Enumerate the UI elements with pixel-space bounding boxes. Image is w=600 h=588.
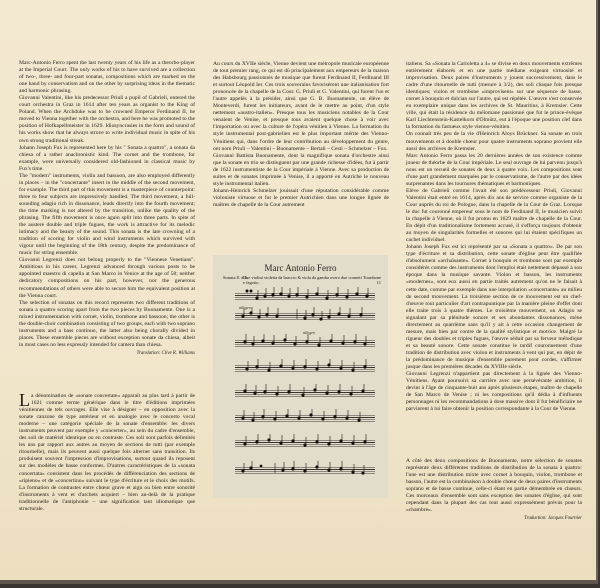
french-closing-column: A côté des deux compositions de Buonamen… (406, 458, 582, 522)
paragraph-modern-instruments-en: The "modern" instruments, violin and bas… (19, 173, 195, 258)
paragraph-selection-fr: A côté des deux compositions de Buonamen… (406, 458, 582, 514)
score-composer-title: Marc Antonio Ferro (213, 263, 388, 273)
paragraph-intro-fr: La dénomination de «sonate concertate» a… (19, 393, 195, 513)
paragraph-fux-fr: Johann Joseph Fux est ici représenté par… (406, 244, 582, 371)
paragraph-ferro-fr: Marc Antonio Ferro passa les 20 dernière… (406, 153, 582, 188)
paragraph-schmelzer-fr: Johann-Heinrich Schmelzer jouissait d'un… (213, 188, 389, 209)
notes-icon (235, 384, 375, 404)
intro-text-fr: a dénomination de «sonate concertate» ap… (19, 393, 195, 512)
music-staff (235, 313, 375, 322)
score-heading: Sonata 8. à 4. Due violini violetta da b… (243, 275, 383, 285)
liner-notes-page: Marc-Antonio Ferro spent the last twenty… (0, 0, 598, 584)
french-middle-column: Au cours du XVIIe siècle, Vienne devient… (213, 61, 389, 209)
paragraph-valentini-en: Giovanni Valentini, like his predecessor… (19, 95, 195, 144)
music-staff (235, 467, 375, 476)
paragraph-selection-en: The selection of sonatas on this record … (19, 300, 195, 349)
notes-icon (235, 359, 375, 379)
score-page-number: 11 (377, 280, 381, 285)
notes-icon (235, 409, 375, 429)
notes-icon (235, 334, 375, 354)
translation-credit-en: Translation: Clive R. Williams (19, 350, 195, 357)
paragraph-ferro-en: Marc-Antonio Ferro spent the last twenty… (19, 60, 195, 95)
notes-icon (235, 434, 375, 454)
paragraph-legrenzi-fr: Giovanni Legrenzi n'appartient pas direc… (406, 371, 582, 413)
notes-icon (235, 287, 375, 307)
music-staff (235, 390, 375, 399)
translation-credit-fr: Traduction: Jacques Fournier (406, 515, 582, 522)
paragraph-bruckner-fr: On connaît très peu de la vie d'Heinrich… (406, 131, 582, 152)
sheet-music-excerpt: Marc Antonio Ferro Sonata 8. à 4. Due vi… (213, 255, 388, 498)
notes-icon (235, 461, 375, 481)
music-staff (235, 293, 375, 302)
paragraph-vienna-fr: Au cours du XVIIe siècle, Vienne devient… (213, 61, 389, 153)
paragraph-valentini-fr: Elève de Gabrieli comme l'avait été son … (406, 188, 582, 244)
instrumentation-text: Due violini violetta da braccio & viola … (243, 275, 381, 285)
paragraph-carioletta-fr: italiens. Sa «Sonata la Carioletta a 4» … (406, 61, 582, 131)
english-notes-column: Marc-Antonio Ferro spent the last twenty… (19, 60, 195, 357)
french-intro-column: La dénomination de «sonate concertate» a… (19, 393, 195, 513)
paragraph-buonamente-fr: Giovanni Battista Buonamente, dont la ma… (213, 153, 389, 188)
notes-icon (235, 307, 375, 327)
sonata-label: Sonata 8. à 4. (223, 275, 248, 280)
music-staff (235, 440, 375, 449)
paragraph-fux-en: Johann Joseph Fux is represented here by… (19, 145, 195, 173)
paragraph-legrenzi-en: Giovanni Legrenzi does not belong proper… (19, 257, 195, 299)
music-staff (235, 340, 375, 349)
french-right-column: italiens. Sa «Sonata la Carioletta a 4» … (406, 61, 582, 413)
music-staff (235, 365, 375, 374)
music-staff (235, 415, 375, 424)
drop-cap: L (19, 393, 30, 407)
